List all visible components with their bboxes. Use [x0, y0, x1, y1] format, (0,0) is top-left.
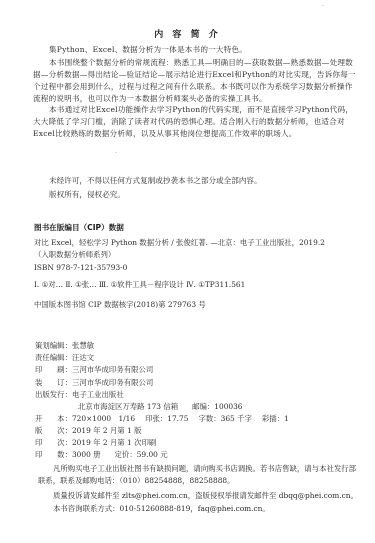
summary-paragraph-1-text: 集Python、Excel、数据分析为一体是本书的一大特色。	[33, 44, 358, 56]
paper-speck	[300, 68, 302, 69]
responsible-editor-value: 汪达文	[72, 353, 94, 362]
price-label: 定价：	[115, 450, 137, 459]
cip-classification: Ⅰ. ①对… Ⅱ. ①张… Ⅲ. ①软件工具－程序设计 Ⅳ. ①TP311.56…	[34, 279, 245, 290]
publisher: 出版发行：电子工业出版社	[35, 389, 124, 400]
paper-speck	[322, 5, 324, 6]
address-value: 北京市海淀区万寿路 173 信箱	[78, 402, 178, 411]
printing: 印 刷：三河市华成印务有限公司	[35, 364, 153, 375]
format-line: 开 本：720×1000 1/16印张：17.75字数：365 千字彩插：1	[35, 413, 289, 424]
cip-isbn: ISBN 978-7-121-35793-0	[34, 262, 127, 273]
defects-notice: 凡所购买电子工业出版社图书有缺损问题，请向购买书店调换。若书店售缺，请与本社发行…	[38, 463, 363, 487]
postcode-value: 100036	[214, 402, 242, 411]
format-value: 720×1000 1/16	[72, 414, 135, 423]
binding-value: 三河市华成印务有限公司	[72, 378, 153, 387]
publisher-label: 出版发行：	[35, 390, 72, 399]
defects-notice-text: 凡所购买电子工业出版社图书有缺损问题，请向购买书店调换。若书店售缺，请与本社发行…	[38, 464, 356, 485]
publisher-address: 北京市海淀区万寿路 173 信箱邮编：100036	[78, 401, 243, 412]
printing-value: 三河市华成印务有限公司	[72, 365, 153, 374]
format-label: 开 本：	[35, 414, 72, 423]
print-run-value: 3000 册	[72, 450, 101, 459]
complaints-notice: 质量投诉请发邮件至 zlts@phei.com.cn，盗版侵权举报请发邮件至 d…	[53, 490, 375, 502]
responsible-editor-label: 责任编辑：	[35, 353, 72, 362]
summary-paragraph-3: 本书通过对比Excel功能操作去学习Python的代码实现，而不是直接学习Pyt…	[33, 104, 358, 140]
paper-speck	[115, 152, 117, 153]
print-run-label: 印 数：	[35, 450, 72, 459]
printing-label: 印 刷：	[35, 365, 72, 374]
edition-label: 版 次：	[35, 426, 72, 435]
planning-editor-label: 策划编辑：	[35, 341, 72, 350]
edition: 版 次：2019 年 2 月第 1 版	[35, 425, 142, 436]
color-plates-label: 彩插：	[262, 414, 284, 423]
color-plates-value: 1	[284, 414, 289, 423]
summary-paragraph-1: 集Python、Excel、数据分析为一体是本书的一大特色。	[33, 44, 358, 56]
cip-series: （入职数据分析师系列）	[34, 249, 115, 260]
sheets-label: 印张：	[145, 414, 167, 423]
summary-paragraph-2: 本书围绕整个数据分析的常规流程：熟悉工具—明确目的—获取数据—熟悉数据—处理数据…	[33, 57, 358, 105]
word-count-label: 字数：	[198, 414, 220, 423]
all-rights-reserved: 版权所有，侵权必究。	[49, 189, 125, 201]
postcode-label: 邮编：	[192, 402, 214, 411]
word-count-value: 365 千字	[221, 414, 252, 423]
print-run: 印 数：3000 册定价：59.00 元	[35, 449, 168, 460]
impression-label: 印 次：	[35, 438, 72, 447]
planning-editor: 策划编辑：张慧敏	[35, 340, 94, 351]
cip-title-line: 对比 Excel，轻松学习 Python 数据分析 / 张俊红著. —北京：电子…	[34, 237, 325, 248]
sheets-value: 17.75	[167, 414, 188, 423]
binding: 装 订：三河市华成印务有限公司	[35, 377, 153, 388]
impression-value: 2019 年 2 月第 1 次印刷	[72, 438, 156, 447]
responsible-editor: 责任编辑：汪达文	[35, 352, 94, 363]
cip-library-record: 中国版本图书馆 CIP 数据核字(2018)第 279763 号	[34, 299, 206, 310]
price-value: 59.00 元	[137, 450, 168, 459]
copyright-notice: 未经许可，不得以任何方式复制或抄袭本书之部分或全部内容。	[49, 175, 262, 187]
summary-paragraph-3-text: 本书通过对比Excel功能操作去学习Python的代码实现，而不是直接学习Pyt…	[33, 105, 353, 138]
edition-value: 2019 年 2 月第 1 版	[72, 426, 142, 435]
cip-heading: 图书在版编目（CIP）数据	[34, 222, 124, 233]
impression: 印 次：2019 年 2 月第 1 次印刷	[35, 437, 156, 448]
inquiry-notice: 本书咨询联系方式：010-51260888-819，faq@phei.com.c…	[53, 503, 375, 515]
summary-title: 内 容 简 介	[0, 27, 375, 40]
copyright-page: 内 容 简 介 集Python、Excel、数据分析为一体是本书的一大特色。 本…	[0, 0, 375, 543]
summary-paragraph-2-text: 本书围绕整个数据分析的常规流程：熟悉工具—明确目的—获取数据—熟悉数据—处理数据…	[33, 58, 356, 103]
planning-editor-value: 张慧敏	[72, 341, 94, 350]
publisher-value: 电子工业出版社	[72, 390, 124, 399]
binding-label: 装 订：	[35, 378, 72, 387]
